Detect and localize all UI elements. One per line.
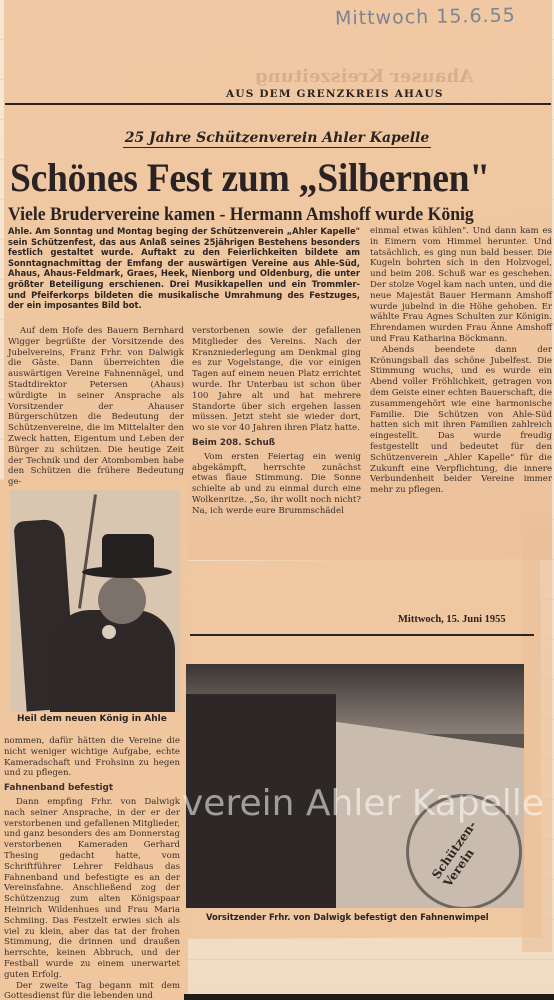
column-2: verstorbenen sowie der gefallenen Mitgli… — [192, 326, 361, 517]
column-subhead: Fahnenband befestigt — [4, 783, 180, 794]
boutonniere-shape — [102, 625, 116, 639]
column-3: einmal etwas kühlen". Und dann kam es in… — [370, 226, 552, 496]
column-subhead: Beim 208. Schuß — [192, 438, 361, 449]
bottom-edge — [184, 994, 554, 1000]
photo-flag-ceremony: Schützen-Verein — [186, 664, 524, 908]
publication-date: Mittwoch, 15. Juni 1955 — [398, 614, 506, 625]
handwritten-date: Mittwoch 15.6.55 — [335, 4, 516, 29]
paragraph: Abends beendete dann der Krönungsball da… — [370, 345, 552, 496]
paragraph: Der zweite Tag begann mit dem Gottesdien… — [4, 981, 180, 1000]
photo-caption-flag: Vorsitzender Frhr. von Dalwigk befestigt… — [206, 912, 489, 922]
article-headline: Schönes Fest zum „Silbernen" — [10, 154, 521, 201]
article-kicker: 25 Jahre Schützenverein Ahler Kapelle — [0, 127, 554, 146]
paragraph: nommen, dafür hätten die Vereine die nic… — [4, 736, 180, 779]
paragraph: Dann empfing Frhr. von Dalwigk nach sein… — [4, 797, 180, 981]
photo-caption-king: Heil dem neuen König in Ahle — [17, 714, 167, 724]
paragraph: einmal etwas kühlen". Und dann kam es in… — [370, 226, 552, 345]
header-rule — [5, 103, 551, 105]
date-rule — [190, 634, 534, 636]
paragraph: verstorbenen sowie der gefallenen Mitgli… — [192, 326, 361, 434]
photo-new-king — [10, 490, 180, 712]
column-1: Auf dem Hofe des Bauern Bernhard Wigger … — [8, 326, 184, 488]
men-shape — [186, 694, 336, 908]
hat-brim-shape — [82, 566, 172, 578]
torn-edge — [522, 512, 552, 952]
article-subheadline: Viele Brudervereine kamen - Hermann Amsh… — [8, 204, 516, 226]
section-header: AUS DEM GRENZKREIS AHAUS — [226, 88, 444, 100]
kicker-text: 25 Jahre Schützenverein Ahler Kapelle — [123, 130, 432, 148]
bleed-through-masthead: Ahauser Kreiszeitung — [255, 66, 473, 87]
paragraph: Vom ersten Feiertag ein wenig abgekämpft… — [192, 452, 361, 517]
branch-shape — [78, 494, 97, 608]
paragraph: Auf dem Hofe des Bauern Bernhard Wigger … — [8, 326, 184, 488]
face-shape — [98, 576, 146, 624]
article-lead: Ahle. Am Sonntag und Montag beging der S… — [8, 226, 360, 311]
column-4: nommen, dafür hätten die Vereine die nic… — [4, 736, 180, 1000]
